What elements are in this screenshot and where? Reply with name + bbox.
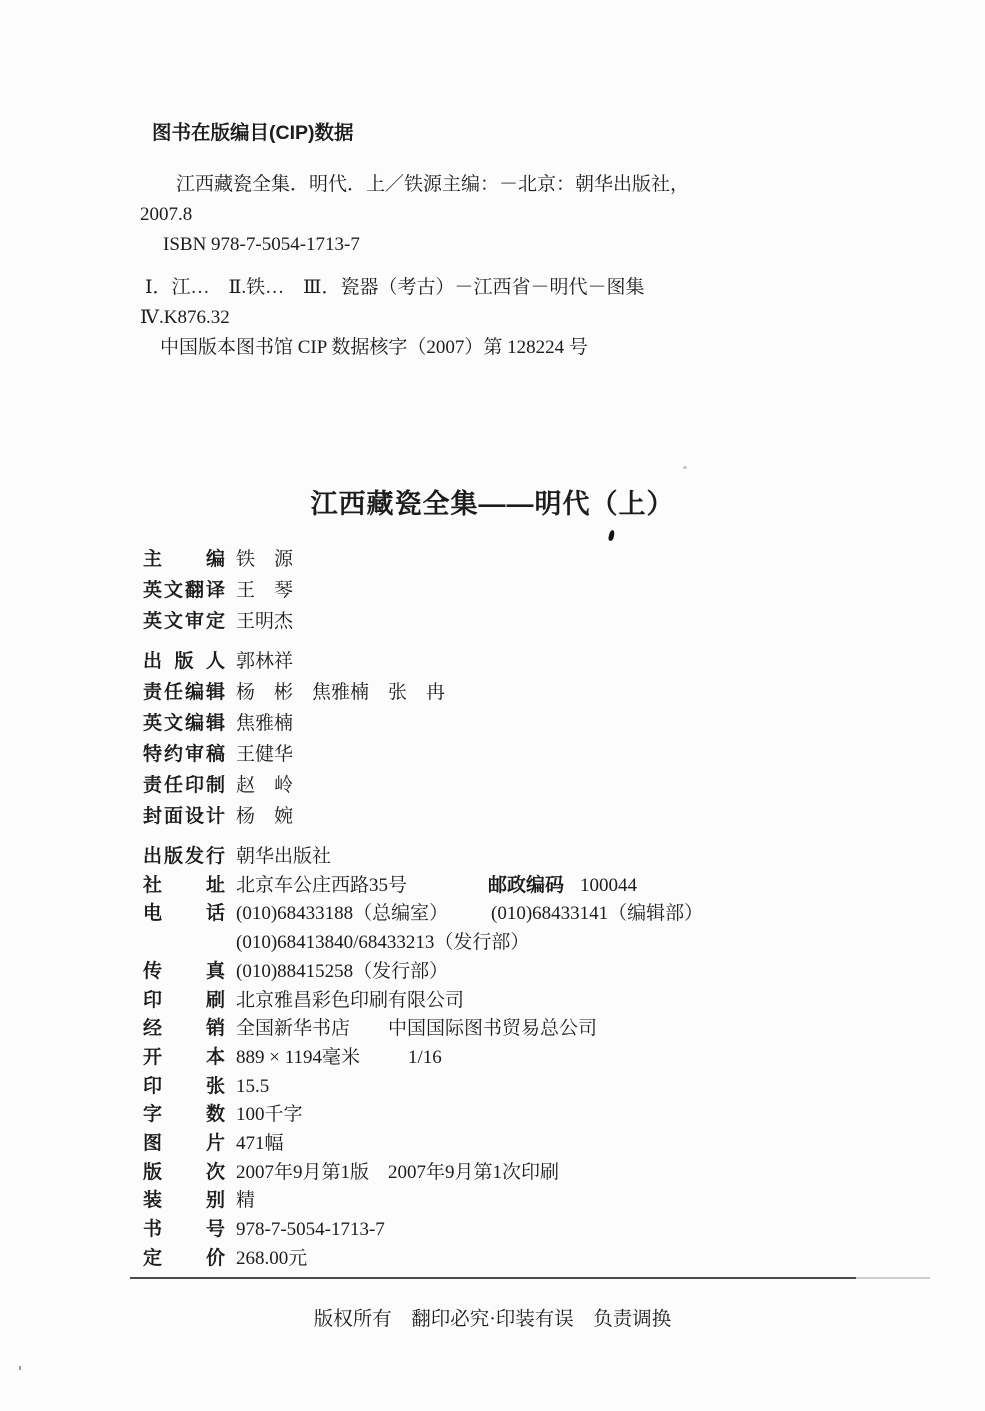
pub-value: (010)88415258（发行部） [236, 958, 448, 987]
staff-row-english-editor: 英文编辑 焦雅楠 [143, 708, 445, 739]
staff-label: 封面设计 [143, 801, 225, 832]
distributor-value-2: 中国国际图书贸易总公司 [388, 1015, 597, 1044]
pub-row-word-count: 字数 100千字 [143, 1101, 703, 1130]
cip-block: 图书在版编目(CIP)数据 江西藏瓷全集．明代．上／铁源主编：－北京：朝华出版社… [140, 120, 800, 363]
pub-value: 2007年9月第1版 2007年9月第1次印刷 [236, 1159, 559, 1188]
ink-speck [19, 1366, 21, 1370]
pub-label: 经销 [143, 1015, 225, 1044]
staff-value: 王 琴 [236, 575, 293, 606]
pub-row-publisher: 出版发行 朝华出版社 [143, 843, 703, 872]
pub-row-plates: 图片 471幅 [143, 1130, 703, 1159]
distributor-value-1: 全国新华书店 [236, 1015, 388, 1044]
postcode-label: 邮政编码 [488, 872, 564, 901]
pub-label: 书号 [143, 1216, 225, 1245]
staff-label: 责任编辑 [143, 677, 225, 708]
staff-value: 焦雅楠 [236, 708, 293, 739]
cip-isbn: ISBN 978-7-5054-1713-7 [140, 230, 800, 260]
staff-row-chief-editor: 主编 铁 源 [143, 544, 445, 575]
staff-row-english-translation: 英文翻译 王 琴 [143, 575, 445, 606]
staff-value: 铁 源 [236, 544, 293, 575]
cip-bibliography-line1: 江西藏瓷全集．明代．上／铁源主编：－北京：朝华出版社， [140, 170, 800, 200]
staff-row-responsible-editors: 责任编辑 杨 彬 焦雅楠 张 冉 [143, 677, 445, 708]
staff-row-english-review: 英文审定 王明杰 [143, 606, 445, 637]
staff-row-cover-designer: 封面设计 杨 婉 [143, 801, 445, 832]
staff-label: 责任印制 [143, 770, 225, 801]
pub-label: 电话 [143, 900, 225, 929]
pub-value: 朝华出版社 [236, 843, 331, 872]
pub-row-price: 定价 268.00元 [143, 1245, 703, 1274]
format-value-1: 889 × 1194毫米 [236, 1044, 408, 1073]
pub-value: 471幅 [236, 1130, 284, 1159]
staff-label: 出版人 [143, 646, 225, 677]
staff-label: 特约审稿 [143, 739, 225, 770]
pub-row-printer: 印刷 北京雅昌彩色印刷有限公司 [143, 987, 703, 1016]
pub-value: 15.5 [236, 1073, 269, 1102]
copyright-notice: 版权所有 翻印必究·印装有误 负责调换 [0, 1306, 985, 1334]
pub-label: 图片 [143, 1130, 225, 1159]
phone-value-2: (010)68433141（编辑部） [491, 900, 703, 929]
staff-label: 英文编辑 [143, 708, 225, 739]
pub-address-value: 北京车公庄西路35号 [236, 872, 488, 901]
pub-label: 装别 [143, 1187, 225, 1216]
pub-label: 印张 [143, 1073, 225, 1102]
staff-label: 英文审定 [143, 606, 225, 637]
pub-value: 北京雅昌彩色印刷有限公司 [236, 987, 464, 1016]
cip-record-number: 中国版本图书馆 CIP 数据核字（2007）第 128224 号 [140, 333, 800, 363]
pub-row-book-number: 书号 978-7-5054-1713-7 [143, 1216, 703, 1245]
book-title: 江西藏瓷全集——明代（上） [0, 488, 985, 520]
postcode-value: 100044 [580, 872, 637, 901]
publication-details: 出版发行 朝华出版社 社址 北京车公庄西路35号 邮政编码 100044 电话 … [143, 843, 703, 1274]
pub-row-phone: 电话 (010)68433188（总编室） (010)68433141（编辑部） [143, 900, 703, 929]
staff-value: 郭林祥 [236, 646, 293, 677]
pub-value: 100千字 [236, 1101, 303, 1130]
pub-value: 精 [236, 1187, 255, 1216]
pub-row-fax: 传真 (010)88415258（发行部） [143, 958, 703, 987]
phone-value-1: (010)68433188（总编室） [236, 900, 491, 929]
pub-label: 定价 [143, 1245, 225, 1274]
separator-rule [130, 1277, 856, 1279]
pub-row-edition: 版次 2007年9月第1版 2007年9月第1次印刷 [143, 1159, 703, 1188]
separator-rule-faded-tail [856, 1277, 930, 1279]
cip-bibliography-line2: 2007.8 [140, 200, 800, 230]
cip-heading: 图书在版编目(CIP)数据 [152, 120, 800, 170]
pub-label: 传真 [143, 958, 225, 987]
staff-credits: 主编 铁 源 英文翻译 王 琴 英文审定 王明杰 出版人 郭林祥 责任编辑 杨 … [143, 544, 445, 832]
pub-label: 社址 [143, 872, 225, 901]
cip-classification-line1: Ⅰ．江… Ⅱ.铁… Ⅲ．瓷器（考古）－江西省－明代－图集 [140, 273, 800, 303]
pub-row-binding: 装别 精 [143, 1187, 703, 1216]
pub-label: 出版发行 [143, 843, 225, 872]
pub-row-sheets: 印张 15.5 [143, 1073, 703, 1102]
staff-value: 王明杰 [236, 606, 293, 637]
staff-value: 赵 岭 [236, 770, 293, 801]
colophon-page: 图书在版编目(CIP)数据 江西藏瓷全集．明代．上／铁源主编：－北京：朝华出版社… [0, 0, 985, 1411]
ink-speck [608, 530, 616, 542]
pub-label: 字数 [143, 1101, 225, 1130]
staff-label: 主编 [143, 544, 225, 575]
phone-value-3: (010)68413840/68433213（发行部） [236, 929, 529, 958]
staff-row-publisher-person: 出版人 郭林祥 [143, 646, 445, 677]
format-value-2: 1/16 [408, 1044, 442, 1073]
pub-row-phone-continued: (010)68413840/68433213（发行部） [143, 929, 703, 958]
pub-label: 版次 [143, 1159, 225, 1188]
cip-classification-line2: Ⅳ.K876.32 [140, 303, 800, 333]
pub-row-distributor: 经销 全国新华书店 中国国际图书贸易总公司 [143, 1015, 703, 1044]
pub-value: 978-7-5054-1713-7 [236, 1216, 385, 1245]
staff-row-print-supervisor: 责任印制 赵 岭 [143, 770, 445, 801]
pub-value: 268.00元 [236, 1245, 307, 1274]
pub-row-format: 开本 889 × 1194毫米 1/16 [143, 1044, 703, 1073]
staff-value: 杨 彬 焦雅楠 张 冉 [236, 677, 445, 708]
pub-label-empty [143, 929, 225, 958]
staff-row-special-reviewer: 特约审稿 王健华 [143, 739, 445, 770]
pub-row-address: 社址 北京车公庄西路35号 邮政编码 100044 [143, 872, 703, 901]
staff-label: 英文翻译 [143, 575, 225, 606]
pub-label: 开本 [143, 1044, 225, 1073]
staff-value: 王健华 [236, 739, 293, 770]
staff-value: 杨 婉 [236, 801, 293, 832]
pub-label: 印刷 [143, 987, 225, 1016]
ink-speck [683, 466, 687, 469]
